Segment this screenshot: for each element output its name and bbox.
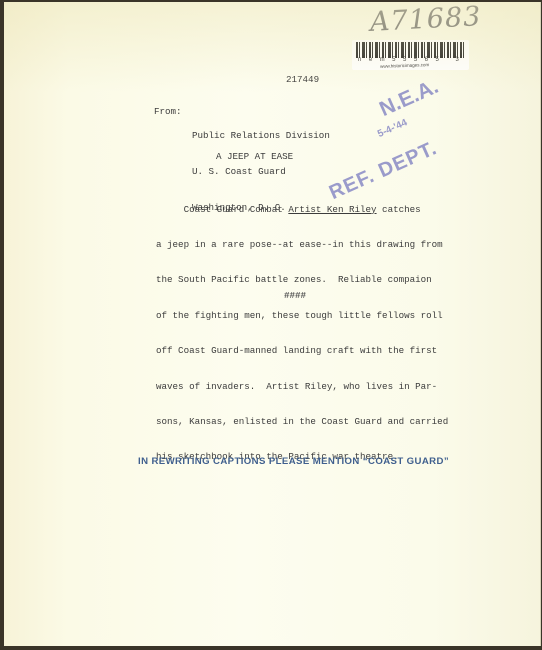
photo-back-document: A71683 nem55565 3 www.historicimages.com… xyxy=(4,2,541,646)
nea-stamp: N.E.A. xyxy=(376,75,442,122)
barcode-label: nem55565 3 www.historicimages.com xyxy=(352,40,469,70)
body-line: sons, Kansas, enlisted in the Coast Guar… xyxy=(156,416,448,428)
artist-name-underlined: Artist Ken Riley xyxy=(288,204,376,215)
from-line: U. S. Coast Guard xyxy=(192,166,330,178)
document-number: 217449 xyxy=(286,74,319,86)
from-label: From: xyxy=(154,106,182,118)
stamp-date: 5-4-'44 xyxy=(376,117,409,140)
handwritten-archive-id: A71683 xyxy=(369,1,482,38)
body-line: Coast Guard Combat Artist Ken Riley catc… xyxy=(156,204,448,216)
body-line: waves of invaders. Artist Riley, who liv… xyxy=(156,381,448,393)
body-line: a jeep in a rare pose--at ease--in this … xyxy=(156,239,448,251)
barcode-icon xyxy=(356,42,464,58)
barcode-url: www.historicimages.com xyxy=(380,62,429,69)
footer-caption-notice: IN REWRITING CAPTIONS PLEASE MENTION “CO… xyxy=(138,456,449,467)
body-line: the South Pacific battle zones. Reliable… xyxy=(156,274,448,286)
body-line: of the fighting men, these tough little … xyxy=(156,310,448,322)
end-mark: #### xyxy=(284,290,306,302)
caption-body: Coast Guard Combat Artist Ken Riley catc… xyxy=(156,180,448,487)
document-title: A JEEP AT EASE xyxy=(216,151,293,163)
body-line: off Coast Guard-manned landing craft wit… xyxy=(156,345,448,357)
from-line: Public Relations Division xyxy=(192,130,330,142)
